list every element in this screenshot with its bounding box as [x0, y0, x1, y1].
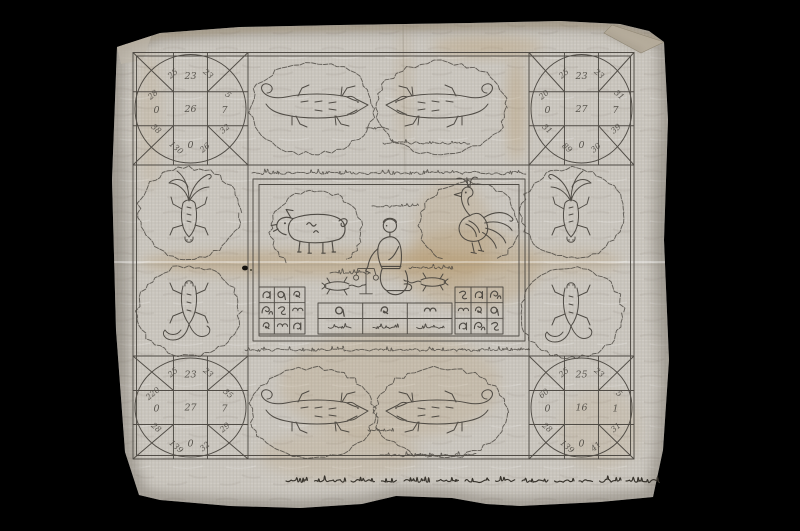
cloth — [112, 21, 669, 508]
wheel-numeral: 25 — [574, 370, 587, 381]
wheel-numeral: 26 — [183, 104, 196, 115]
wheel-numeral: 23 — [183, 71, 196, 82]
wheel-numeral: 7 — [221, 404, 228, 415]
wheel-numeral: 23 — [183, 370, 196, 381]
wheel-numeral: 0 — [153, 404, 159, 415]
wheel-numeral: 7 — [221, 105, 228, 116]
wheel-numeral: 0 — [544, 105, 550, 116]
wheel-numeral: 0 — [578, 439, 584, 450]
wheel-numeral: 16 — [575, 403, 587, 414]
wheel-numeral: 27 — [183, 403, 197, 414]
wheel-numeral: 7 — [612, 105, 619, 116]
wheel-numeral: 27 — [574, 104, 588, 115]
photo-stage: 2623007252823538130322627230072520233131… — [0, 0, 800, 531]
corner-wheel-bottom-right: 16250012560235281393141 — [529, 356, 634, 459]
wheel-numeral: 1 — [612, 404, 618, 415]
wheel-numeral: 0 — [187, 439, 193, 450]
cloth-hole — [242, 266, 248, 271]
wheel-numeral: 0 — [187, 140, 193, 151]
wheel-numeral: 0 — [578, 140, 584, 151]
yantra-cloth-photo: 2623007252823538130322627230072520233131… — [0, 0, 800, 531]
wheel-numeral: 23 — [574, 71, 587, 82]
wheel-numeral: 0 — [153, 105, 159, 116]
wheel-numeral: 0 — [544, 404, 550, 415]
